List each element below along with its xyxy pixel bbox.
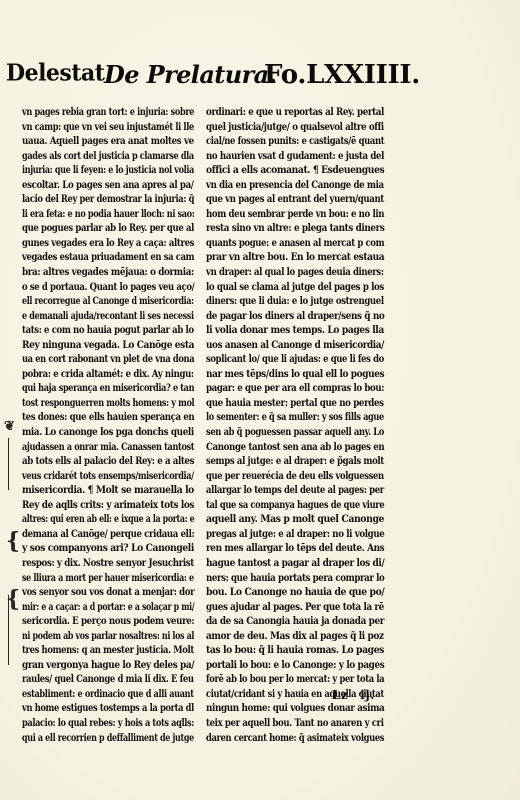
text-line: misericordia. ¶ Molt se marauella lo bbox=[22, 483, 174, 498]
text-line: soplicant lo/ que li ajudas: e que li fe… bbox=[206, 352, 351, 367]
signature-mark: Lzij. bbox=[332, 688, 375, 702]
text-line: daren cercant home: q̃ asimateix volgues bbox=[206, 731, 349, 746]
text-line: hom deu sembrar perde vn bou: e no lin bbox=[206, 207, 353, 222]
text-line: tres homens: q an mester justicia. Molt bbox=[22, 643, 162, 658]
marginal-rule bbox=[8, 595, 19, 665]
text-line: vn dia en presencia del Canonge de mia bbox=[206, 178, 353, 193]
text-line: ners: que hauia portats pera comprar lo bbox=[206, 571, 353, 586]
text-line: ningun home: qui volgues donar asima bbox=[206, 701, 357, 716]
text-line: pobra: e crida altamét: e dix. Ay ningu: bbox=[22, 367, 164, 382]
text-line: nar mes tēps/dins lo qual ell lo pogues bbox=[206, 367, 359, 382]
folio-number: Fo.LXXIIII. bbox=[264, 60, 420, 90]
marginal-flourish-icon: ❦ bbox=[4, 420, 15, 433]
text-line: ua en cort rabonant vn plet de vna dona bbox=[22, 352, 160, 367]
text-line: injuria: que li feyen: e lo justicia nol… bbox=[22, 163, 155, 178]
text-line: da de sa Canongia hauia ja donada per bbox=[206, 614, 358, 629]
text-line: lacio del Rey per demostrar la injuria: … bbox=[22, 192, 160, 207]
text-line: ajudassen a onrar mia. Canassen tantost bbox=[22, 440, 157, 455]
text-line: vos senyor sou vos donat a menjar: dor bbox=[22, 585, 164, 600]
text-line: de pagar los diners al draper/sens q̃ no bbox=[206, 309, 358, 324]
text-line: altres: qui eren ab ell: e ixque a la po… bbox=[22, 512, 152, 527]
text-line: vn pages rebia gran tort: e injuria: sob… bbox=[22, 105, 158, 120]
text-line: establiment: e ordinacio que d alli auan… bbox=[22, 687, 157, 702]
text-line: respos: y dix. Nostre senyor Jesuchrist bbox=[22, 556, 166, 571]
text-line: semps al jutge: e al draper: e p̃gals mo… bbox=[206, 454, 353, 469]
text-line: Rey de aqlls crits: y arimateix tots los bbox=[22, 498, 169, 513]
text-line: pagar: e que per ara ell compras lo bou: bbox=[206, 381, 353, 396]
text-line: que pogues parlar ab lo Rey. per que al bbox=[22, 221, 163, 236]
text-line: tes dones: que ells hauien sperança en bbox=[22, 410, 164, 425]
text-line: ab tots ells al palacio del Rey: e a alt… bbox=[22, 454, 165, 469]
text-line: ell recorregue al Canonge d misericordia… bbox=[22, 294, 153, 309]
text-line: e demanali ajuda/recontant li ses necess… bbox=[22, 309, 155, 324]
text-line: palacio: lo qual rebes: y hois a tots aq… bbox=[22, 716, 158, 731]
header-section-title: De Prelatura. bbox=[104, 60, 276, 89]
text-line: bou. Lo Canonge no hauia de que po/ bbox=[206, 585, 364, 600]
text-line: hague tantost a pagar al draper los di/ bbox=[206, 556, 360, 571]
text-line: quants pogue: e anasen al mercat p com bbox=[206, 236, 351, 251]
text-line: vegades estaua priuadament en sa cam bbox=[22, 250, 162, 265]
text-line: prar vn altre bou. En lo mercat estaua bbox=[206, 250, 361, 265]
text-line: vn camp: que vn vei seu injustamét li ll… bbox=[22, 120, 159, 135]
text-line: li era feta: e no podia hauer lloch: ni … bbox=[22, 207, 156, 222]
text-line: qui haja sperança en misericordia? e tan bbox=[22, 381, 157, 396]
text-line: forē ab lo bou per lo mercat: y per tota… bbox=[206, 672, 349, 687]
text-line: gues ajudar al pages. Per que tota la rē bbox=[206, 600, 356, 615]
text-line: gran vergonya hague lo Rey deles pa/ bbox=[22, 658, 169, 673]
text-line: ren mes allargar lo tēps del deute. Ans bbox=[206, 541, 358, 556]
marginal-rule bbox=[8, 438, 19, 490]
text-line: offici a ells acomanat. ¶ Esdeuengues bbox=[206, 163, 363, 178]
signature-number: ij. bbox=[360, 688, 375, 702]
marginal-brace-icon: { bbox=[6, 535, 20, 548]
text-line: vn home estigues tostemps a la porta dl bbox=[22, 701, 160, 716]
text-line: li volia donar mes temps. Lo pages lla bbox=[206, 323, 362, 338]
text-line: tost responguerren molts homens: y mol bbox=[22, 396, 157, 411]
text-line: qui a ell recorrien p deffalliment de ju… bbox=[22, 731, 155, 746]
signature-letter: Lz bbox=[332, 688, 348, 702]
text-line: teix per aquell bou. Tant no anaren y cr… bbox=[206, 716, 353, 731]
left-text-column: vn pages rebia gran tort: e injuria: sob… bbox=[22, 105, 194, 745]
text-line: vn draper: al qual lo pages deuia diners… bbox=[206, 265, 352, 280]
book-page: Delestat De Prelatura. Fo.LXXIIII. vn pa… bbox=[0, 0, 520, 800]
text-line: que vn pages al entrant del yuern/quant bbox=[206, 192, 353, 207]
text-line: se lliura a mort per hauer misericordia:… bbox=[22, 571, 155, 586]
text-line: gades als cort del justicia p clamarse d… bbox=[22, 149, 157, 164]
text-line: que hauia mester: pertal que no perdes bbox=[206, 396, 355, 411]
text-line: sen ab q̃ poguessen passar aquell any. L… bbox=[206, 425, 349, 440]
text-line: no haurien vsat d gudament: e justa del bbox=[206, 149, 354, 164]
text-line: escoltar. Lo pages sen ana apres al pa/ bbox=[22, 178, 165, 193]
text-line: portali lo bou: e lo Canonge: y lo pages bbox=[206, 658, 358, 673]
text-line: aquell any. Mas p molt quel Canonge bbox=[206, 512, 365, 527]
text-line: o se d portaua. Quant lo pages veu aço/ bbox=[22, 280, 162, 295]
text-line: ordinari: e que u reportas al Rey. perta… bbox=[206, 105, 355, 120]
text-line: y sos companyons ari? Lo Canongeli bbox=[22, 541, 174, 556]
text-line: amor de deu. Mas dix al pages q̃ li poz bbox=[206, 629, 360, 644]
text-line: Rey ninguna vegada. Lo Canōge esta bbox=[22, 338, 171, 353]
text-line: uaua. Aquell pages era anat moltes ve bbox=[22, 134, 166, 149]
text-line: gunes vegades era lo Rey a caça: altres bbox=[22, 236, 163, 251]
text-line: cial/ne fossen punits: e castigats/ē qua… bbox=[206, 134, 351, 149]
text-line: allargar lo temps del deute al pages: pe… bbox=[206, 483, 351, 498]
text-line: que per reuerécia de deu ells volguessen bbox=[206, 469, 350, 484]
text-line: diners: que li duia: e lo jutge ostrengu… bbox=[206, 294, 353, 309]
text-line: ni podem ab vos parlar nosaltres: ni los… bbox=[22, 629, 153, 644]
text-line: bra: altres vegades mējaua: o dormia: bbox=[22, 265, 168, 280]
right-text-column: ordinari: e que u reportas al Rey. perta… bbox=[206, 105, 384, 745]
text-line: uos anasen al Canonge d misericordia/ bbox=[206, 338, 358, 353]
text-line: lo sementer: e q̃ sa muller: y sos fills… bbox=[206, 410, 346, 425]
text-line: resta sino vn altre: e plega tants diner… bbox=[206, 221, 357, 236]
text-line: Canonge tantost sen ana ab lo pages en bbox=[206, 440, 354, 455]
text-line: tal que sa companya hagues de que viure bbox=[206, 498, 349, 513]
text-line: demana al Canōge/ perque cridaua ell: bbox=[22, 527, 164, 542]
header-left-title: Delestat bbox=[6, 59, 104, 86]
text-line: pregas al jutge: e al draper: no li volg… bbox=[206, 527, 354, 542]
text-line: mia. Lo canonge los pga donchs queli bbox=[22, 425, 168, 440]
text-line: veus cridarét tots ensemps/misericordia/ bbox=[22, 469, 156, 484]
text-line: sericordia. E perço nous podem veure: bbox=[22, 614, 165, 629]
text-line: tas lo bou: q̃ li hauia romas. Lo pages bbox=[206, 643, 364, 658]
running-header: Delestat De Prelatura. Fo.LXXIIII. bbox=[6, 60, 426, 94]
text-line: mir: e a caçar: a d portar: e a solaçar … bbox=[22, 600, 152, 615]
text-line: quel justicia/jutge/ o qualsevol altre o… bbox=[206, 120, 354, 135]
text-line: tats: e com no hauia pogut parlar ab lo bbox=[22, 323, 163, 338]
text-line: ciutat/cridant si y hauia en aquella ciu… bbox=[206, 687, 349, 702]
text-line: lo qual se clama al jutge del pages p lo… bbox=[206, 280, 354, 295]
text-line: raules/ quel Canonge d mia li dix. E feu bbox=[22, 672, 162, 687]
